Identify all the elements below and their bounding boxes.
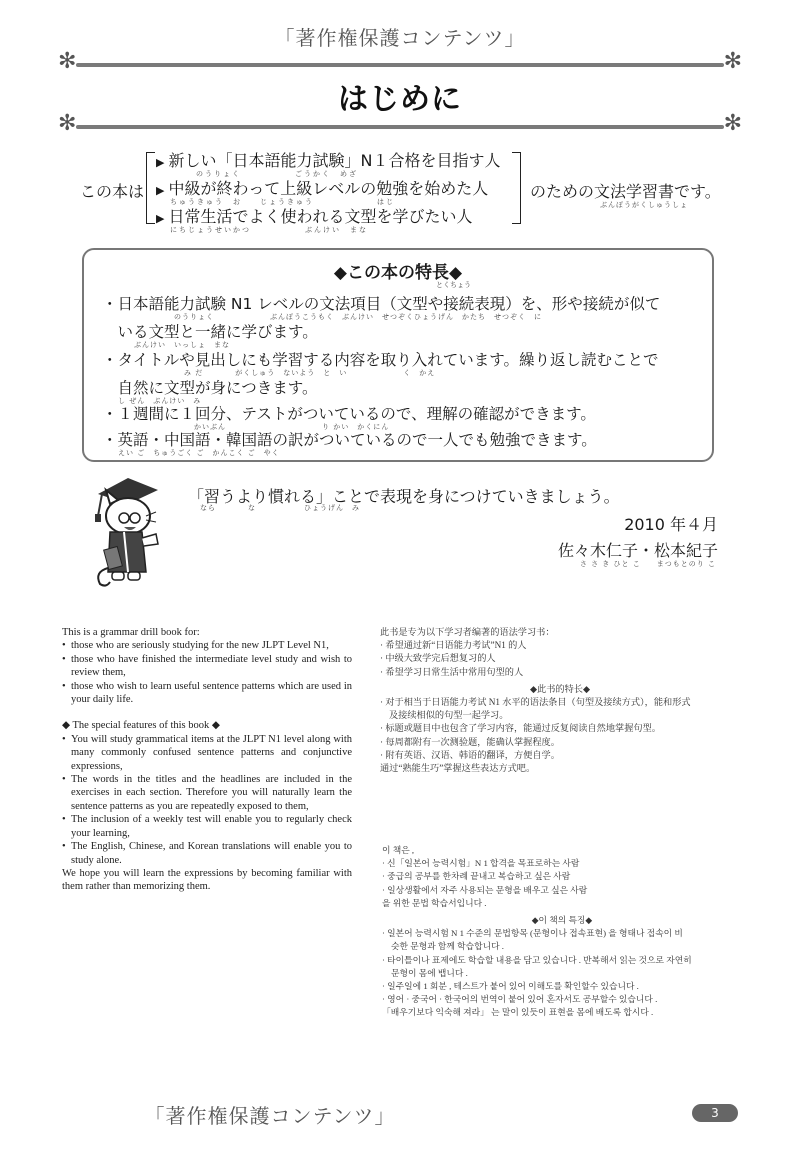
chinese-translation: 此书是专为以下学习者编著的语法学习书： · 希望通过新“日语能力考试”N1 的人… — [380, 626, 740, 775]
target-reader-item: ▶中級が終わって上級レベルの勉強を始めた人 ちゅうきゅう お じょうきゅう はじ — [156, 176, 488, 207]
target-reader-item: ▶日常生活でよく使われる文型を学びたい人 にちじょうせいかつ ぶんけい まな — [156, 204, 472, 235]
copyright-watermark-top: 「著作権保護コンテンツ」 — [0, 22, 800, 51]
chinese-features-title: ◆此书的特长◆ — [380, 683, 740, 696]
copyright-watermark-bottom: 「著作権保護コンテンツ」 — [70, 1100, 470, 1129]
list-item: The English, Chinese, and Korean transla… — [62, 840, 352, 867]
list-item: · 希望学习日常生活中常用句型的人 — [380, 666, 740, 679]
list-item: The inclusion of a weekly test will enab… — [62, 813, 352, 840]
list-item: those who are seriously studying for the… — [62, 639, 352, 652]
list-item-continued: 及接续相似的句型一起学习。 — [380, 709, 740, 722]
list-item: · 일상생활에서 자주 사용되는 문형을 배우고 싶은 사람 — [382, 884, 742, 897]
list-item-continued: 슷한 문형과 함께 학습합니다 . — [382, 940, 742, 953]
asterisk-ornament-icon: ✻ — [58, 113, 76, 135]
list-item: · 附有英语、汉语、韩语的翻译，方便自学。 — [380, 749, 740, 762]
feature-item: いる文型と一緒に学びます。 — [102, 320, 318, 342]
triangle-right-icon: ▶ — [156, 156, 164, 169]
furigana: にちじょうせいかつ ぶんけい まな — [170, 225, 472, 235]
list-item: those who wish to learn useful sentence … — [62, 680, 352, 707]
feature-item: ・英語・中国語・韓国語の訳がついているので一人でも勉強できます。 — [102, 428, 597, 450]
korean-features-title: ◆이 책의 특징◆ — [382, 914, 742, 927]
asterisk-ornament-icon: ✻ — [58, 51, 76, 73]
furigana: とくちょう — [436, 280, 471, 290]
chinese-intro: 此书是专为以下学习者编著的语法学习书： — [380, 626, 740, 639]
list-item-continued: 문형이 몸에 뱁니다 . — [382, 967, 742, 980]
divider — [76, 125, 724, 129]
bracket-left — [146, 152, 155, 224]
triangle-right-icon: ▶ — [156, 184, 164, 197]
korean-translation: 이 책은 , · 신「일본어 능력시험」N 1 합격을 목표로하는 사람 · 중… — [382, 844, 742, 1020]
title-rule-bottom: ✻ ✻ — [58, 119, 742, 135]
target-reader-text: 日常生活でよく使われる文型を学びたい人 — [168, 207, 472, 226]
english-closing: We hope you will learn the expressions b… — [62, 867, 352, 894]
page-title: はじめに — [0, 74, 800, 118]
triangle-right-icon: ▶ — [156, 212, 164, 225]
list-item: · 对于相当于日语能力考试 N1 水平的语法条目（句型及接续方式），能和形式 — [380, 696, 740, 709]
english-features-title: ◆ The special features of this book ◆ — [62, 719, 352, 732]
feature-item: 自然に文型が身につきます。 — [102, 376, 317, 398]
english-intro: This is a grammar drill book for: — [62, 626, 352, 639]
list-item: · 일주일에 1 회분 , 테스트가 붙어 있어 이해도를 확인할수 있습니다 … — [382, 980, 742, 993]
asterisk-ornament-icon: ✻ — [724, 51, 742, 73]
list-item: You will study grammatical items at the … — [62, 733, 352, 773]
feature-item: ・１週間に１回分、テストがついているので、理解の確認ができます。 — [102, 402, 596, 424]
list-item: · 영어 · 중국어 · 한국어의 번역이 붙어 있어 혼자서도 공부할수 있습… — [382, 993, 742, 1006]
furigana: ぶんぽうがくしゅうしょ — [600, 200, 688, 210]
list-item: · 中级大致学完后想复习的人 — [380, 652, 740, 665]
intro-prefix: この本は — [80, 179, 144, 202]
authors: 佐々木仁子・松本紀子 — [558, 538, 718, 561]
feature-item: ・日本語能力試験 N1 レベルの文法項目（文型や接続表現）を、形や接続が似て — [102, 292, 660, 314]
list-item: · 신「일본어 능력시험」N 1 합격을 목표로하는 사람 — [382, 857, 742, 870]
list-item: · 일본어 능력시험 N 1 수준의 문법항목 (문형이나 접속표현) 을 형태… — [382, 927, 742, 940]
bracket-right — [512, 152, 521, 224]
features-box: ◆この本の特長◆ とくちょう ・日本語能力試験 N1 レベルの文法項目（文型や接… — [82, 248, 714, 462]
list-item: · 每周都附有一次测验题，能确认掌握程度。 — [380, 736, 740, 749]
korean-target-suffix: 을 위한 문법 학습서입니다 . — [382, 897, 742, 910]
chinese-closing: 通过“熟能生巧”掌握这些表达方式吧。 — [380, 762, 740, 775]
list-item: · 타이틀이나 표제에도 학습할 내용을 담고 있습니다 . 반복해서 읽는 것… — [382, 954, 742, 967]
list-item: · 중급의 공부를 한차례 끝내고 복습하고 싶은 사람 — [382, 870, 742, 883]
list-item: · 标题或题目中也包含了学习内容，能通过反复阅读自然地掌握句型。 — [380, 722, 740, 735]
korean-closing: 「배우기보다 익숙해 져라」 는 말이 있듯이 표현을 몸에 배도록 합시다 . — [382, 1006, 742, 1019]
english-features-list: You will study grammatical items at the … — [62, 733, 352, 867]
divider — [76, 63, 724, 67]
english-translation: This is a grammar drill book for: those … — [62, 626, 352, 894]
furigana: さ さ き ひと こ まつもとのり こ — [580, 559, 716, 569]
list-item: The words in the titles and the headline… — [62, 773, 352, 813]
title-rule-top: ✻ ✻ — [58, 57, 742, 73]
furigana: えい ご ちゅうごく ご かんこく ご やく — [118, 448, 280, 458]
features-title: ◆この本の特長◆ — [84, 258, 712, 283]
feature-item: ・タイトルや見出しにも学習する内容を取り入れています。繰り返し読むことで — [102, 348, 658, 370]
list-item: those who have finished the intermediate… — [62, 653, 352, 680]
target-reader-item: ▶新しい「日本語能力試験」N１合格を目指す人 のうりょく ごうかく めざ — [156, 148, 500, 179]
intro-suffix: のための文法学習書です。 — [530, 179, 721, 202]
list-item: · 希望通过新“日语能力考试”N1 的人 — [380, 639, 740, 652]
furigana: なら な ひょうげん み — [200, 503, 360, 513]
cat-professor-mascot-icon — [84, 472, 166, 592]
target-reader-text: 新しい「日本語能力試験」N１合格を目指す人 — [168, 151, 500, 170]
publication-date: 2010 年４月 — [624, 512, 718, 535]
korean-intro: 이 책은 , — [382, 844, 742, 857]
asterisk-ornament-icon: ✻ — [724, 113, 742, 135]
target-readers: この本は ▶新しい「日本語能力試験」N１合格を目指す人 のうりょく ごうかく め… — [80, 146, 740, 234]
english-target-list: those who are seriously studying for the… — [62, 639, 352, 706]
page-number-badge: 3 — [692, 1104, 738, 1122]
target-reader-text: 中級が終わって上級レベルの勉強を始めた人 — [168, 179, 488, 198]
